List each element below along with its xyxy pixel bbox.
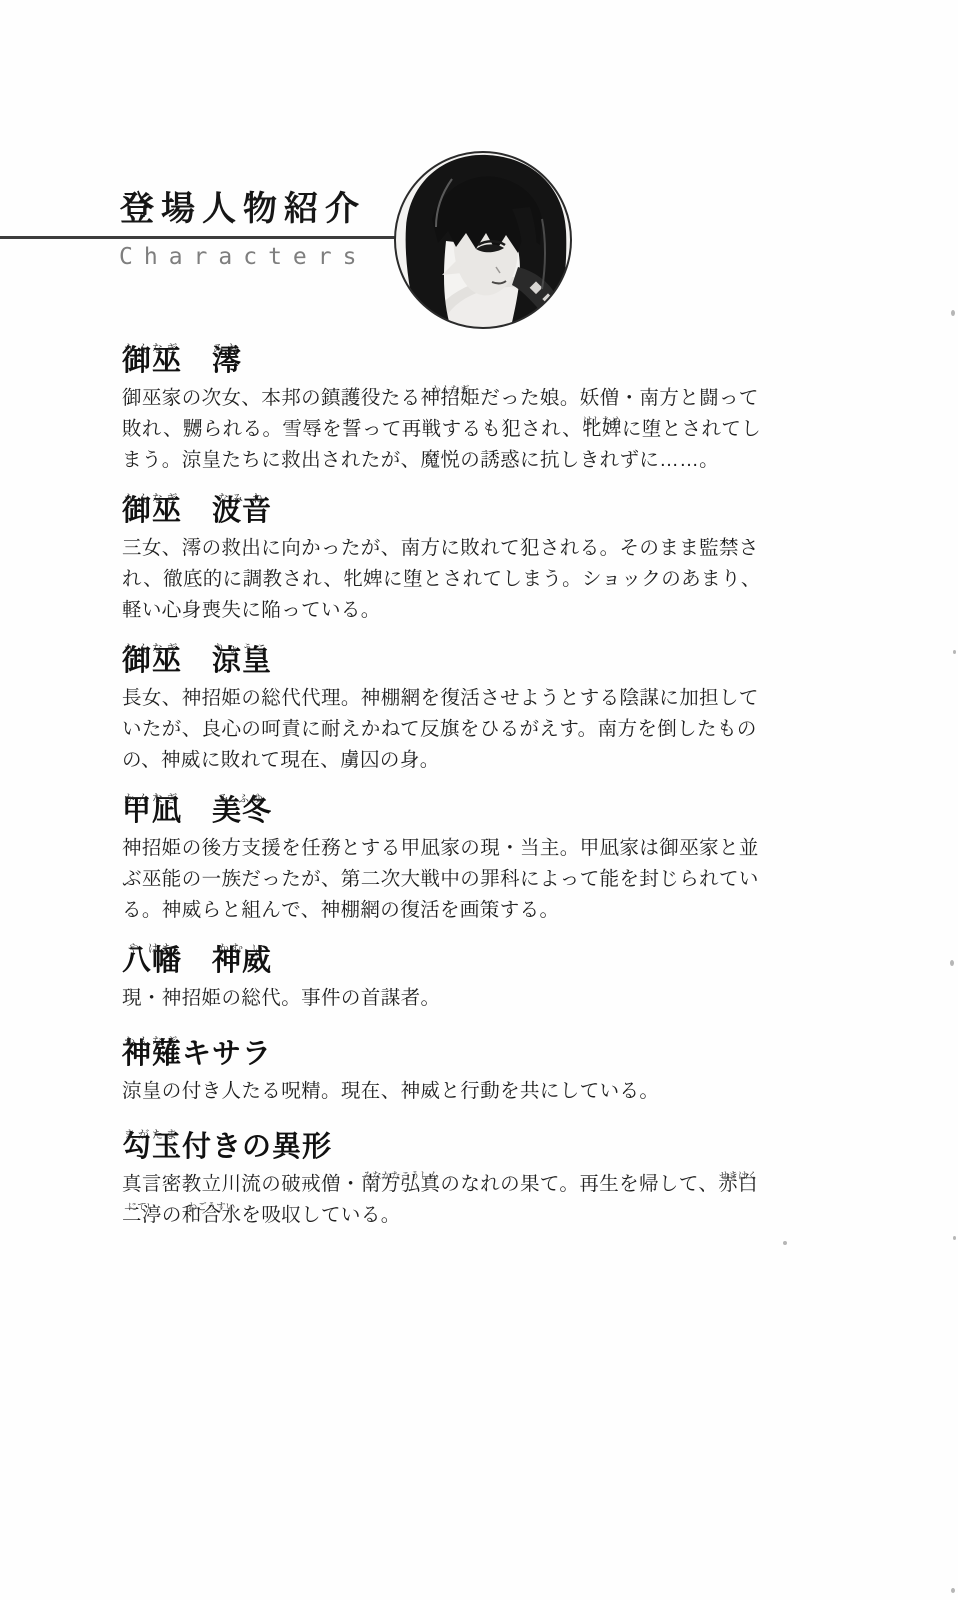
book-page: 登場人物紹介 Characters (0, 0, 958, 1600)
furigana-text: かんなぎ (124, 783, 180, 816)
furigana-text: なみ ね (218, 483, 266, 516)
character-name: かんなぎ御巫 なみ ね波音 (122, 482, 718, 528)
scan-speck (953, 1236, 956, 1240)
furigana-ruby: みお澪 (212, 345, 242, 378)
character-entry: や はた八幡 かむ い神威 現・神招姫の総代。事件の首謀者。 (122, 932, 718, 1014)
scan-speck (951, 310, 955, 316)
scan-speck (950, 960, 954, 966)
scan-speck (953, 650, 956, 654)
description-line: れ、徹底的に調教され、牝婢に堕とされてしまう。ショックのあまり、 (122, 564, 718, 595)
furigana-text: かむ い (218, 933, 266, 966)
furigana-ruby: にてい二渟 (122, 1200, 162, 1231)
furigana-ruby: みなかたこうしん南方弘真 (361, 1169, 441, 1200)
page-subtitle: Characters (119, 244, 367, 270)
character-name: かんなぎ御巫 みお澪 (122, 332, 718, 378)
character-portrait-icon (392, 149, 574, 331)
description-line: 神招姫の後方支援を任務とする甲凪家の現・当主。甲凪家は御巫家と並 (122, 833, 718, 864)
furigana-text: みお (213, 333, 241, 366)
furigana-ruby: せきはく赤白 (718, 1169, 758, 1200)
character-entry: かんなぎ御巫 みお澪 御巫家の次女、本邦の鎮護役たるかんなぎ神招姫だった娘。妖僧… (122, 332, 718, 476)
furigana-text: せきはく (719, 1161, 757, 1192)
scan-speck (783, 1241, 787, 1245)
character-entry: かんなぎ甲凪 み ふゆ美冬 神招姫の後方支援を任務とする甲凪家の現・当主。甲凪家… (122, 782, 718, 926)
description-line: 御巫家の次女、本邦の鎮護役たるかんなぎ神招姫だった娘。妖僧・南方と闘って (122, 383, 718, 414)
furigana-text: かんなぎ (124, 633, 180, 666)
furigana-ruby: かんなぎ御巫 (122, 495, 182, 528)
character-description: 三女、澪の救出に向かったが、南方に敗れて犯される。そのまま監禁され、徹底的に調教… (122, 533, 718, 626)
character-description: 涼皇の付き人たる呪精。現在、神威と行動を共にしている。 (122, 1076, 718, 1107)
furigana-text: りょうこ (214, 633, 270, 666)
description-line: ぶ巫能の一族だったが、第二次大戦中の罪科によって能を封じられてい (122, 864, 718, 895)
furigana-ruby: かんなぎ甲凪 (122, 795, 182, 828)
character-entry: かんなぎ神薙キサラ 涼皇の付き人たる呪精。現在、神威と行動を共にしている。 (122, 1025, 718, 1107)
furigana-text: まがたま (124, 1119, 180, 1152)
furigana-text: わごうすい (188, 1192, 236, 1223)
description-line: 三女、澪の救出に向かったが、南方に敗れて犯される。そのまま監禁さ (122, 533, 718, 564)
character-description: 長女、神招姫の総代代理。神棚網を復活させようとする陰謀に加担していたが、良心の呵… (122, 683, 718, 776)
description-line: る。神威らと組んで、神棚網の復活を画策する。 (122, 895, 718, 926)
furigana-text: みなかたこうしん (363, 1161, 439, 1192)
furigana-text: かんなぎ (431, 375, 469, 406)
description-line: 軽い心身喪失に陥っている。 (122, 595, 718, 626)
description-line: 敗れ、嬲られる。雪辱を誓って再戦するも犯され、はしため牝婢に堕とされてし (122, 414, 718, 445)
furigana-ruby: はしため牝婢 (582, 414, 622, 445)
furigana-ruby: かんなぎ神薙 (122, 1038, 182, 1071)
character-name: まがたま勾玉付きの異形 (122, 1118, 718, 1164)
furigana-text: や はた (128, 933, 176, 966)
furigana-ruby: かむ い神威 (212, 945, 272, 978)
character-entry: かんなぎ御巫 りょうこ涼皇 長女、神招姫の総代代理。神棚網を復活させようとする陰… (122, 632, 718, 776)
character-description: 真言密教立川流の破戒僧・みなかたこうしん南方弘真のなれの果て。再生を帰して、せき… (122, 1169, 718, 1231)
furigana-ruby: かんなぎ御巫 (122, 645, 182, 678)
character-name: かんなぎ御巫 りょうこ涼皇 (122, 632, 718, 678)
description-line: まう。涼皇たちに救出されたが、魔悦の誘惑に抗しきれずに……。 (122, 445, 718, 476)
furigana-ruby: まがたま勾玉 (122, 1131, 182, 1164)
character-list: かんなぎ御巫 みお澪 御巫家の次女、本邦の鎮護役たるかんなぎ神招姫だった娘。妖僧… (122, 332, 718, 1237)
character-description: 御巫家の次女、本邦の鎮護役たるかんなぎ神招姫だった娘。妖僧・南方と闘って敗れ、嬲… (122, 383, 718, 476)
furigana-ruby: かんなぎ御巫 (122, 345, 182, 378)
title-divider-line (0, 236, 397, 239)
scan-speck (951, 1588, 955, 1593)
character-name: かんなぎ神薙キサラ (122, 1025, 718, 1071)
furigana-ruby: み ふゆ美冬 (212, 795, 272, 828)
description-line: にてい二渟のわごうすい和合水を吸収している。 (122, 1200, 718, 1231)
description-line: 現・神招姫の総代。事件の首謀者。 (122, 983, 718, 1014)
character-name: や はた八幡 かむ い神威 (122, 932, 718, 978)
description-line: いたが、良心の呵責に耐えかねて反旗をひるがえす。南方を倒したもの (122, 714, 718, 745)
furigana-ruby: なみ ね波音 (212, 495, 272, 528)
furigana-ruby: わごうすい和合水 (182, 1200, 242, 1231)
character-entry: かんなぎ御巫 なみ ね波音 三女、澪の救出に向かったが、南方に敗れて犯される。そ… (122, 482, 718, 626)
furigana-text: かんなぎ (124, 483, 180, 516)
furigana-ruby: や はた八幡 (122, 945, 182, 978)
page-title: 登場人物紹介 (120, 181, 366, 230)
character-description: 現・神招姫の総代。事件の首謀者。 (122, 983, 718, 1014)
furigana-ruby: りょうこ涼皇 (212, 645, 272, 678)
description-line: 長女、神招姫の総代代理。神棚網を復活させようとする陰謀に加担して (122, 683, 718, 714)
furigana-text: み ふゆ (218, 783, 266, 816)
furigana-text: はしため (583, 406, 621, 437)
description-line: の、神威に敗れて現在、虜囚の身。 (122, 745, 718, 776)
description-line: 涼皇の付き人たる呪精。現在、神威と行動を共にしている。 (122, 1076, 718, 1107)
furigana-text: かんなぎ (124, 333, 180, 366)
furigana-ruby: かんなぎ神招姫 (421, 383, 481, 414)
furigana-text: かんなぎ (124, 1026, 180, 1059)
character-name: かんなぎ甲凪 み ふゆ美冬 (122, 782, 718, 828)
portrait-illustration (392, 149, 574, 331)
character-description: 神招姫の後方支援を任務とする甲凪家の現・当主。甲凪家は御巫家と並ぶ巫能の一族だっ… (122, 833, 718, 926)
character-entry: まがたま勾玉付きの異形 真言密教立川流の破戒僧・みなかたこうしん南方弘真のなれの… (122, 1118, 718, 1231)
furigana-text: にてい (128, 1192, 157, 1223)
